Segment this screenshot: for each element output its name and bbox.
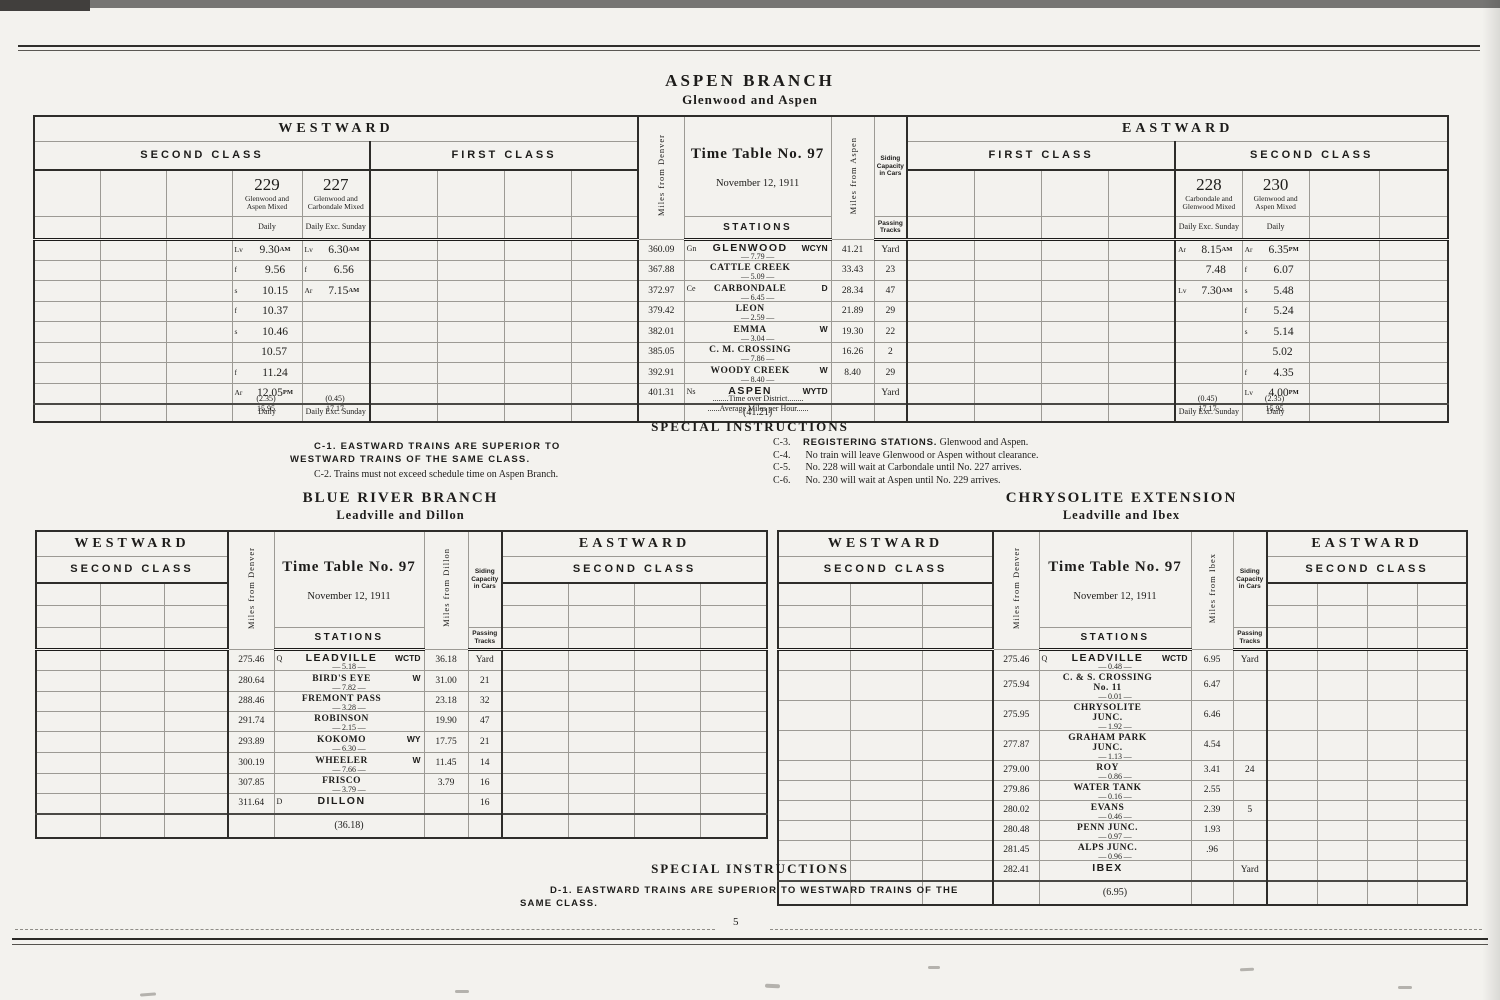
blank-cell [370, 260, 437, 280]
scan-smudge [140, 992, 156, 996]
eastward-header: EASTWARD [1267, 531, 1467, 556]
siding-capacity-cell [1233, 820, 1267, 840]
blank-cell [1309, 301, 1379, 321]
blank-cell [778, 820, 850, 840]
station-cell: C. & S. CROSSING No. 11 0.01 [1039, 670, 1191, 700]
distance-to-next-station: 0.97 [1040, 833, 1191, 840]
eastward-header: EASTWARD [907, 116, 1448, 141]
westward-header: WESTWARD [778, 531, 993, 556]
blank-cell [700, 731, 767, 752]
blank-cell [1267, 627, 1317, 649]
station-cell: PENN JUNC. 0.97 [1039, 820, 1191, 840]
blank-cell [700, 773, 767, 793]
westward-header: WESTWARD [36, 531, 228, 556]
miles-from-denver-cell: 279.00 [993, 760, 1039, 780]
blank-cell [100, 814, 164, 838]
miles-from-denver-cell: 392.91 [638, 362, 684, 383]
blank-cell [922, 730, 993, 760]
train-228-schedule: Daily Exc. Sunday [1175, 216, 1242, 239]
station-ref-mark: Q [1040, 654, 1062, 663]
blank-cell [1041, 170, 1108, 216]
first-class-header-east: FIRST CLASS [907, 141, 1175, 170]
blank-cell [974, 239, 1041, 260]
blank-cell [166, 260, 232, 280]
scan-smudge [765, 984, 780, 989]
timetable-page: ASPEN BRANCH Glenwood and Aspen WESTWARD… [0, 0, 1500, 1000]
blank-cell [634, 670, 700, 691]
miles-from-dillon-cell: 23.18 [424, 691, 468, 711]
blank-cell [100, 280, 166, 301]
blank-cell [922, 627, 993, 649]
blank-cell [437, 170, 504, 216]
blank-cell [974, 170, 1041, 216]
blank-cell [36, 814, 100, 838]
blank-cell [634, 814, 700, 838]
blank-cell [1379, 342, 1448, 362]
blank-cell [1317, 583, 1367, 605]
blank-cell [1191, 881, 1233, 905]
blank-cell [700, 670, 767, 691]
train-228-time-cell: Lv7.30AM [1175, 280, 1242, 301]
station-row: 293.89 KOKOMOWY 6.30 17.75 21 [36, 731, 767, 752]
blank-cell [504, 170, 571, 216]
blank-cell [907, 216, 974, 239]
blank-cell [36, 605, 100, 627]
train-230-time-cell: f6.07 [1242, 260, 1309, 280]
timetable-title: Time Table No. 97 [685, 146, 831, 162]
miles-from-ibex-cell: 6.47 [1191, 670, 1233, 700]
stations-label: STATIONS [1039, 627, 1191, 649]
blank-cell [100, 691, 164, 711]
train-227-time-cell: f6.56 [302, 260, 370, 280]
blank-cell [166, 362, 232, 383]
miles-from-denver-header: Miles from Denver [993, 531, 1039, 649]
top-double-rule [18, 45, 1480, 51]
instruction-item: C-3.REGISTERING STATIONS. Glenwood and A… [773, 437, 1213, 450]
blank-cell [100, 301, 166, 321]
station-cell: WATER TANK 0.16 [1039, 780, 1191, 800]
blank-cell [1417, 649, 1467, 670]
miles-from-dillon-cell: 17.75 [424, 731, 468, 752]
blank-cell [1417, 820, 1467, 840]
distance-to-next-station: 5.09 [685, 273, 831, 280]
siding-capacity-cell [1233, 700, 1267, 730]
train-228-time-cell: Ar8.15AM [1175, 239, 1242, 260]
blank-cell [1317, 840, 1367, 860]
blank-cell [634, 711, 700, 731]
blank-cell [502, 793, 568, 814]
train-227-time-cell [302, 301, 370, 321]
blank-cell [1317, 730, 1367, 760]
distance-to-next-station: 3.04 [685, 335, 831, 342]
blank-cell [700, 691, 767, 711]
blank-cell [437, 301, 504, 321]
stations-label: STATIONS [274, 627, 424, 649]
blank-cell [700, 649, 767, 670]
station-cell: QLEADVILLEWCTD 5.18 [274, 649, 424, 670]
miles-from-aspen-cell: 33.43 [831, 260, 874, 280]
blank-cell [568, 605, 634, 627]
station-cell: CeCARBONDALED 6.45 [684, 280, 831, 301]
blank-cell [100, 321, 166, 342]
blank-cell [850, 700, 922, 730]
blank-cell [907, 239, 974, 260]
station-row: f11.24 392.91 WOODY CREEKW 8.40 8.40 29 [34, 362, 1448, 383]
blank-cell [1041, 301, 1108, 321]
blank-cell [166, 301, 232, 321]
aspen-branch-subtitle: Glenwood and Aspen [0, 92, 1500, 107]
blank-cell [504, 301, 571, 321]
blank-cell [1108, 342, 1175, 362]
blue-river-table: WESTWARD Miles from Denver Time Table No… [35, 530, 766, 839]
blank-cell [502, 814, 568, 838]
station-cell: GRAHAM PARK JUNC. 1.13 [1039, 730, 1191, 760]
station-cell: C. M. CROSSING 7.86 [684, 342, 831, 362]
station-row: f10.37 379.42 LEON 2.59 21.89 29 [34, 301, 1448, 321]
station-row: 275.94 C. & S. CROSSING No. 11 0.01 6.47 [778, 670, 1467, 700]
second-class-header-west: SECOND CLASS [34, 141, 370, 170]
blank-cell [571, 362, 638, 383]
station-row: 279.86 WATER TANK 0.16 2.55 [778, 780, 1467, 800]
blank-cell [568, 670, 634, 691]
blank-cell [36, 627, 100, 649]
scan-edge-corner [0, 0, 90, 11]
station-row: 291.74 ROBINSON 2.15 19.90 47 [36, 711, 767, 731]
blank-cell [100, 260, 166, 280]
blank-cell [850, 820, 922, 840]
blank-cell [1367, 605, 1417, 627]
blank-cell [1267, 840, 1317, 860]
miles-from-denver-cell: 277.87 [993, 730, 1039, 760]
instruction-item: C-1. EASTWARD TRAINS ARE SUPERIOR TO WES… [290, 440, 625, 466]
blank-cell [778, 583, 850, 605]
siding-capacity-cell: 16 [468, 793, 502, 814]
second-class-header-east: SECOND CLASS [1267, 556, 1467, 583]
blank-cell [164, 711, 228, 731]
blank-cell [1379, 216, 1448, 239]
blank-cell [778, 700, 850, 730]
blank-cell [1417, 730, 1467, 760]
train-230-stats: (2.35) 15.95 [1241, 394, 1308, 413]
blank-cell [370, 342, 437, 362]
siding-capacity-header: Siding Capacity in Cars [1233, 531, 1267, 627]
chrysolite-table: WESTWARD Miles from Denver Time Table No… [777, 530, 1466, 906]
station-code: D [794, 283, 831, 293]
miles-from-denver-cell: 382.01 [638, 321, 684, 342]
blank-cell [437, 260, 504, 280]
train-228-time-cell: 7.48 [1175, 260, 1242, 280]
blank-cell [700, 627, 767, 649]
station-row: 300.19 WHEELERW 7.66 11.45 14 [36, 752, 767, 773]
blank-cell [424, 814, 468, 838]
blank-cell [1317, 700, 1367, 730]
miles-from-denver-cell: 311.64 [228, 793, 274, 814]
blank-cell [100, 170, 166, 216]
miles-from-ibex-cell: 6.46 [1191, 700, 1233, 730]
station-cell: WHEELERW 7.66 [274, 752, 424, 773]
blank-cell [974, 280, 1041, 301]
blank-cell [100, 216, 166, 239]
miles-from-denver-cell: 281.45 [993, 840, 1039, 860]
blank-cell [571, 170, 638, 216]
blank-cell [922, 670, 993, 700]
station-cell: KOKOMOWY 6.30 [274, 731, 424, 752]
blank-cell [1267, 605, 1317, 627]
blank-cell [850, 605, 922, 627]
blank-cell [1108, 260, 1175, 280]
blank-cell [568, 583, 634, 605]
passing-tracks-header: Passing Tracks [874, 216, 907, 239]
train-column-header-228: 228 Carbondale and Glenwood Mixed [1175, 170, 1242, 216]
instructions-c-left: C-1. EASTWARD TRAINS ARE SUPERIOR TO WES… [290, 440, 625, 483]
blank-cell [1317, 670, 1367, 700]
miles-from-ibex-cell: 2.39 [1191, 800, 1233, 820]
miles-from-denver-cell: 280.02 [993, 800, 1039, 820]
blank-cell [502, 605, 568, 627]
station-row: 307.85 FRISCO 3.79 3.79 16 [36, 773, 767, 793]
blank-cell [34, 321, 100, 342]
blue-river-subtitle: Leadville and Dillon [35, 508, 766, 522]
instructions-d-left: D-1. EASTWARD TRAINS ARE SUPERIOR TO WES… [520, 884, 990, 912]
blank-cell [1108, 362, 1175, 383]
blank-cell [502, 752, 568, 773]
miles-from-denver-cell: 275.46 [993, 649, 1039, 670]
train-227-time-cell: Lv6.30AM [302, 239, 370, 260]
blank-cell [1367, 881, 1417, 905]
blank-cell [504, 362, 571, 383]
blank-cell [164, 670, 228, 691]
station-row: 311.64 DDILLON 16 [36, 793, 767, 814]
train-227-time-cell [302, 342, 370, 362]
blank-cell [502, 691, 568, 711]
miles-from-denver-cell: 275.95 [993, 700, 1039, 730]
station-cell: BIRD'S EYEW 7.82 [274, 670, 424, 691]
miles-from-ibex-cell: 3.41 [1191, 760, 1233, 780]
blank-cell [993, 881, 1039, 905]
blank-cell [1041, 216, 1108, 239]
second-class-header-east: SECOND CLASS [502, 556, 767, 583]
station-cell: WOODY CREEKW 8.40 [684, 362, 831, 383]
station-cell: EMMAW 3.04 [684, 321, 831, 342]
miles-from-ibex-header: Miles from Ibex [1191, 531, 1233, 649]
miles-from-dillon-cell: 36.18 [424, 649, 468, 670]
distance-to-next-station: 3.28 [275, 704, 424, 711]
blank-cell [370, 321, 437, 342]
blank-cell [850, 760, 922, 780]
blank-cell [571, 342, 638, 362]
station-name: GRAHAM PARK JUNC. [1062, 733, 1154, 753]
distance-to-next-station: 1.13 [1040, 753, 1191, 760]
blank-cell [1379, 280, 1448, 301]
siding-capacity-header: Siding Capacity in Cars [468, 531, 502, 627]
distance-to-next-station: 5.18 [275, 663, 424, 670]
blank-cell [1309, 260, 1379, 280]
blank-cell [34, 280, 100, 301]
blank-cell [504, 280, 571, 301]
train-column-header-230: 230 Glenwood and Aspen Mixed [1242, 170, 1309, 216]
blank-cell [164, 752, 228, 773]
blank-cell [778, 800, 850, 820]
blank-cell [1317, 881, 1367, 905]
blank-cell [502, 583, 568, 605]
station-name: DILLON [297, 796, 387, 806]
blank-cell [1367, 730, 1417, 760]
siding-capacity-cell: 2 [874, 342, 907, 362]
blank-cell [1233, 881, 1267, 905]
siding-capacity-cell: 21 [468, 670, 502, 691]
blank-cell [634, 583, 700, 605]
blank-cell [571, 280, 638, 301]
blank-cell [34, 362, 100, 383]
miles-from-denver-cell: 291.74 [228, 711, 274, 731]
blank-cell [1309, 216, 1379, 239]
blank-cell [164, 731, 228, 752]
distance-to-next-station: 0.01 [1040, 693, 1191, 700]
blank-cell [370, 280, 437, 301]
train-230-time-cell: Ar6.35PM [1242, 239, 1309, 260]
blank-cell [164, 605, 228, 627]
station-ref-mark: Ce [685, 284, 707, 293]
blank-cell [1417, 840, 1467, 860]
station-row: s10.46 382.01 EMMAW 3.04 19.30 22 [34, 321, 1448, 342]
blank-cell [36, 691, 100, 711]
blank-cell [907, 280, 974, 301]
blank-cell [1317, 605, 1367, 627]
miles-from-aspen-cell: 19.30 [831, 321, 874, 342]
siding-capacity-cell: 29 [874, 301, 907, 321]
station-row: 275.46 QLEADVILLEWCTD 5.18 36.18 Yard [36, 649, 767, 670]
blank-cell [36, 711, 100, 731]
blank-cell [700, 752, 767, 773]
blank-cell [502, 627, 568, 649]
chrysolite-station-rows: 275.46 QLEADVILLEWCTD 0.48 6.95 Yard [778, 649, 1467, 881]
blank-cell [370, 239, 437, 260]
blank-cell [1108, 321, 1175, 342]
blue-river-station-rows: 275.46 QLEADVILLEWCTD 5.18 36.18 Yard [36, 649, 767, 814]
miles-from-aspen-cell: 41.21 [831, 239, 874, 260]
station-cell: DDILLON [274, 793, 424, 814]
distance-to-next-station: 3.79 [275, 786, 424, 793]
blank-cell [1367, 780, 1417, 800]
train-229-time-cell: 10.57 [232, 342, 302, 362]
second-class-header-east: SECOND CLASS [1175, 141, 1448, 170]
siding-capacity-cell [1233, 840, 1267, 860]
distance-to-next-station: 0.48 [1040, 663, 1191, 670]
miles-from-dillon-cell: 19.90 [424, 711, 468, 731]
station-code: W [794, 324, 831, 334]
train-column-header-227: 227 Glenwood and Carbondale Mixed [302, 170, 370, 216]
blank-cell [1041, 260, 1108, 280]
station-row: 280.64 BIRD'S EYEW 7.82 31.00 21 [36, 670, 767, 691]
blank-cell [100, 711, 164, 731]
siding-capacity-cell: 22 [874, 321, 907, 342]
train-229-time-cell: f9.56 [232, 260, 302, 280]
blank-cell [634, 627, 700, 649]
blank-cell [1309, 362, 1379, 383]
blank-cell [850, 649, 922, 670]
blank-cell [1317, 800, 1367, 820]
train-229-time-cell: f10.37 [232, 301, 302, 321]
footer-dashed-rule [770, 929, 1482, 930]
blank-cell [36, 793, 100, 814]
blank-cell [1367, 649, 1417, 670]
timetable-date: November 12, 1911 [685, 178, 831, 189]
blank-cell [1309, 321, 1379, 342]
blank-cell [974, 216, 1041, 239]
blank-cell [974, 301, 1041, 321]
district-summary-labels: ........Time over District........ .....… [613, 394, 903, 413]
blank-cell [100, 627, 164, 649]
miles-from-denver-header: Miles from Denver [228, 531, 274, 649]
blue-river-title: BLUE RIVER BRANCH [35, 490, 766, 506]
blank-cell [634, 605, 700, 627]
average-mph-label: ......Average Miles per Hour...... [613, 404, 903, 414]
distance-to-next-station: 7.86 [685, 355, 831, 362]
blank-cell [228, 814, 274, 838]
blank-cell [370, 216, 437, 239]
train-228-time-cell [1175, 342, 1242, 362]
blank-cell [164, 627, 228, 649]
blank-cell [1309, 342, 1379, 362]
blank-cell [1417, 583, 1467, 605]
miles-from-denver-header: Miles from Denver [638, 116, 684, 239]
blank-cell [1267, 780, 1317, 800]
blank-cell [700, 793, 767, 814]
station-row: 279.00 ROY 0.86 3.41 24 [778, 760, 1467, 780]
blank-cell [100, 362, 166, 383]
blank-cell [36, 731, 100, 752]
time-over-district-label: ........Time over District........ [613, 394, 903, 404]
station-ref-mark: Gn [685, 244, 707, 253]
blank-cell [922, 605, 993, 627]
blank-cell [850, 800, 922, 820]
blank-cell [1267, 670, 1317, 700]
miles-from-dillon-cell: 31.00 [424, 670, 468, 691]
distance-to-next-station: 7.82 [275, 684, 424, 691]
timetable-number-header: Time Table No. 97 November 12, 1911 [274, 531, 424, 627]
blank-cell [1417, 760, 1467, 780]
instruction-item: C-2. Trains must not exceed schedule tim… [290, 468, 625, 481]
station-row: 10.57 385.05 C. M. CROSSING 7.86 16.26 2 [34, 342, 1448, 362]
blank-cell [437, 321, 504, 342]
blank-cell [1108, 239, 1175, 260]
blank-cell [634, 731, 700, 752]
blank-cell [700, 605, 767, 627]
blank-cell [568, 773, 634, 793]
train-227-time-cell [302, 321, 370, 342]
station-row: Lv9.30AM Lv6.30AM 360.09 GnGLENWOODWCYN … [34, 239, 1448, 260]
second-class-header-west: SECOND CLASS [36, 556, 228, 583]
siding-capacity-cell: 32 [468, 691, 502, 711]
blank-cell [164, 773, 228, 793]
train-229-time-cell: s10.46 [232, 321, 302, 342]
page-number: 5 [733, 916, 739, 928]
instruction-item: D-1. EASTWARD TRAINS ARE SUPERIOR TO WES… [520, 884, 990, 910]
blank-cell [504, 216, 571, 239]
blank-cell [437, 239, 504, 260]
blank-cell [974, 342, 1041, 362]
blank-cell [100, 342, 166, 362]
miles-from-ibex-cell: .96 [1191, 840, 1233, 860]
siding-capacity-header: Siding Capacity in Cars [874, 116, 907, 216]
train-230-time-cell: 5.02 [1242, 342, 1309, 362]
distance-to-next-station: 0.96 [1040, 853, 1191, 860]
blank-cell [1379, 321, 1448, 342]
station-row: 275.95 CHRYSOLITE JUNC. 1.92 6.46 [778, 700, 1467, 730]
blank-cell [1317, 820, 1367, 840]
train-230-time-cell: s5.48 [1242, 280, 1309, 301]
blank-cell [634, 691, 700, 711]
